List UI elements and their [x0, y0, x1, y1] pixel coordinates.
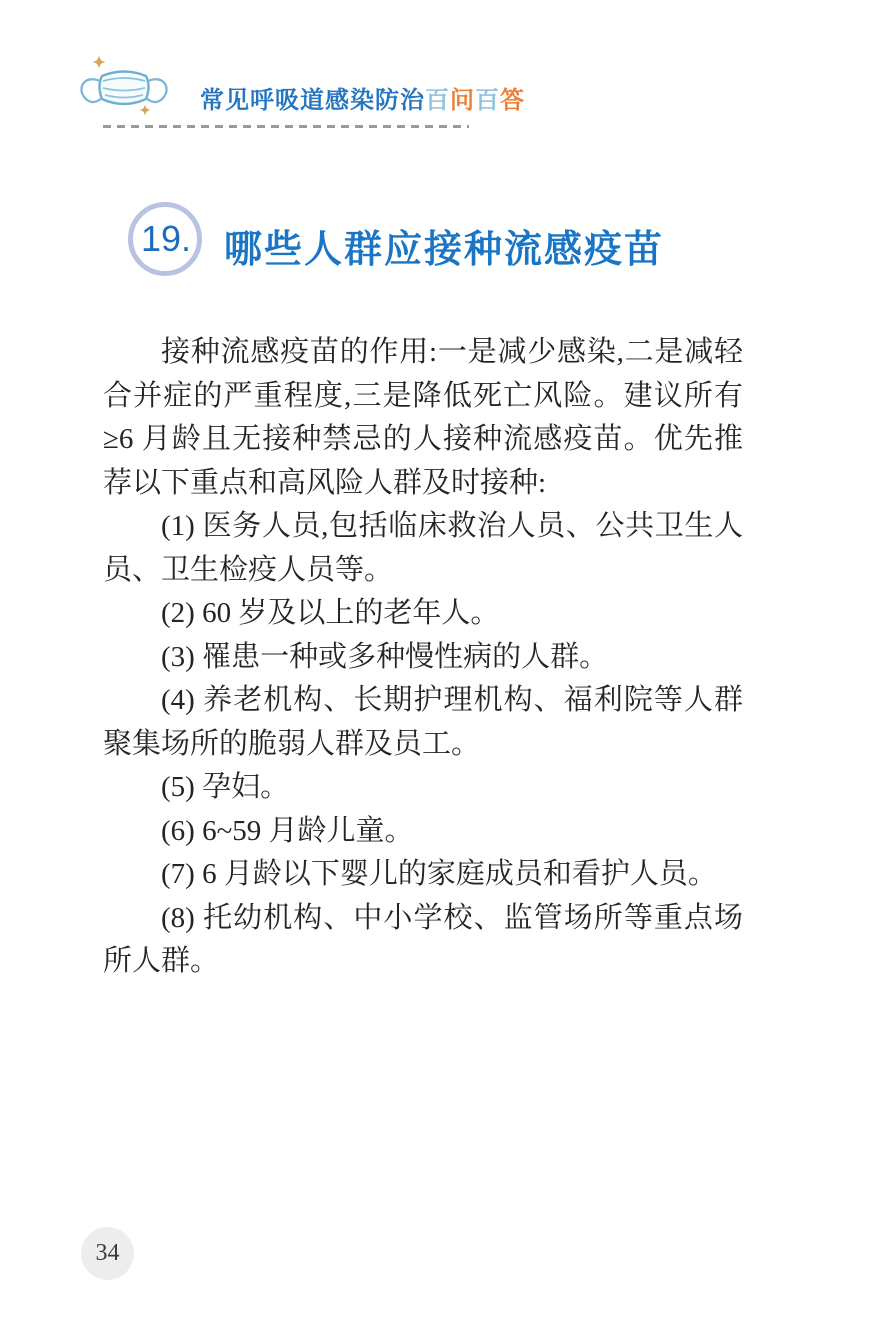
header-title-accent-2: 问: [450, 87, 475, 114]
header-title: 常见呼吸道感染防治百问百答: [200, 80, 525, 115]
list-item-5: (5) 孕妇。: [103, 766, 743, 810]
page-number-badge: 34: [81, 1227, 134, 1280]
list-item-4: (4) 养老机构、长期护理机构、福利院等人群聚集场所的脆弱人群及员工。: [103, 679, 743, 766]
list-item-8: (8) 托幼机构、中小学校、监管场所等重点场所人群。: [103, 897, 743, 984]
sparkle-icon: [139, 104, 150, 115]
dashed-divider: [103, 125, 469, 128]
list-item-2: (2) 60 岁及以上的老年人。: [103, 592, 743, 636]
body-text: 接种流感疫苗的作用:一是减少感染,二是减轻合并症的严重程度,三是降低死亡风险。建…: [103, 331, 743, 984]
mask-icon: [72, 52, 172, 130]
page-number: 34: [96, 1240, 120, 1267]
list-item-3: (3) 罹患一种或多种慢性病的人群。: [103, 636, 743, 680]
question-number-badge: 19.: [128, 202, 202, 276]
question-number: 19.: [139, 221, 191, 257]
header-title-accent-4: 答: [500, 87, 525, 114]
header-title-accent-1: 百: [425, 87, 450, 114]
list-item-6: (6) 6~59 月龄儿童。: [103, 810, 743, 854]
header-title-main: 常见呼吸道感染防治: [200, 87, 425, 114]
list-item-7: (7) 6 月龄以下婴儿的家庭成员和看护人员。: [103, 853, 743, 897]
header-title-accent-3: 百: [475, 87, 500, 114]
intro-paragraph: 接种流感疫苗的作用:一是减少感染,二是减轻合并症的严重程度,三是降低死亡风险。建…: [103, 331, 743, 505]
book-page: 常见呼吸道感染防治百问百答 19. 哪些人群应接种流感疫苗 接种流感疫苗的作用:…: [0, 0, 882, 1323]
sparkle-icon: [93, 56, 106, 69]
list-item-1: (1) 医务人员,包括临床救治人员、公共卫生人员、卫生检疫人员等。: [103, 505, 743, 592]
question-title: 哪些人群应接种流感疫苗: [224, 218, 664, 273]
